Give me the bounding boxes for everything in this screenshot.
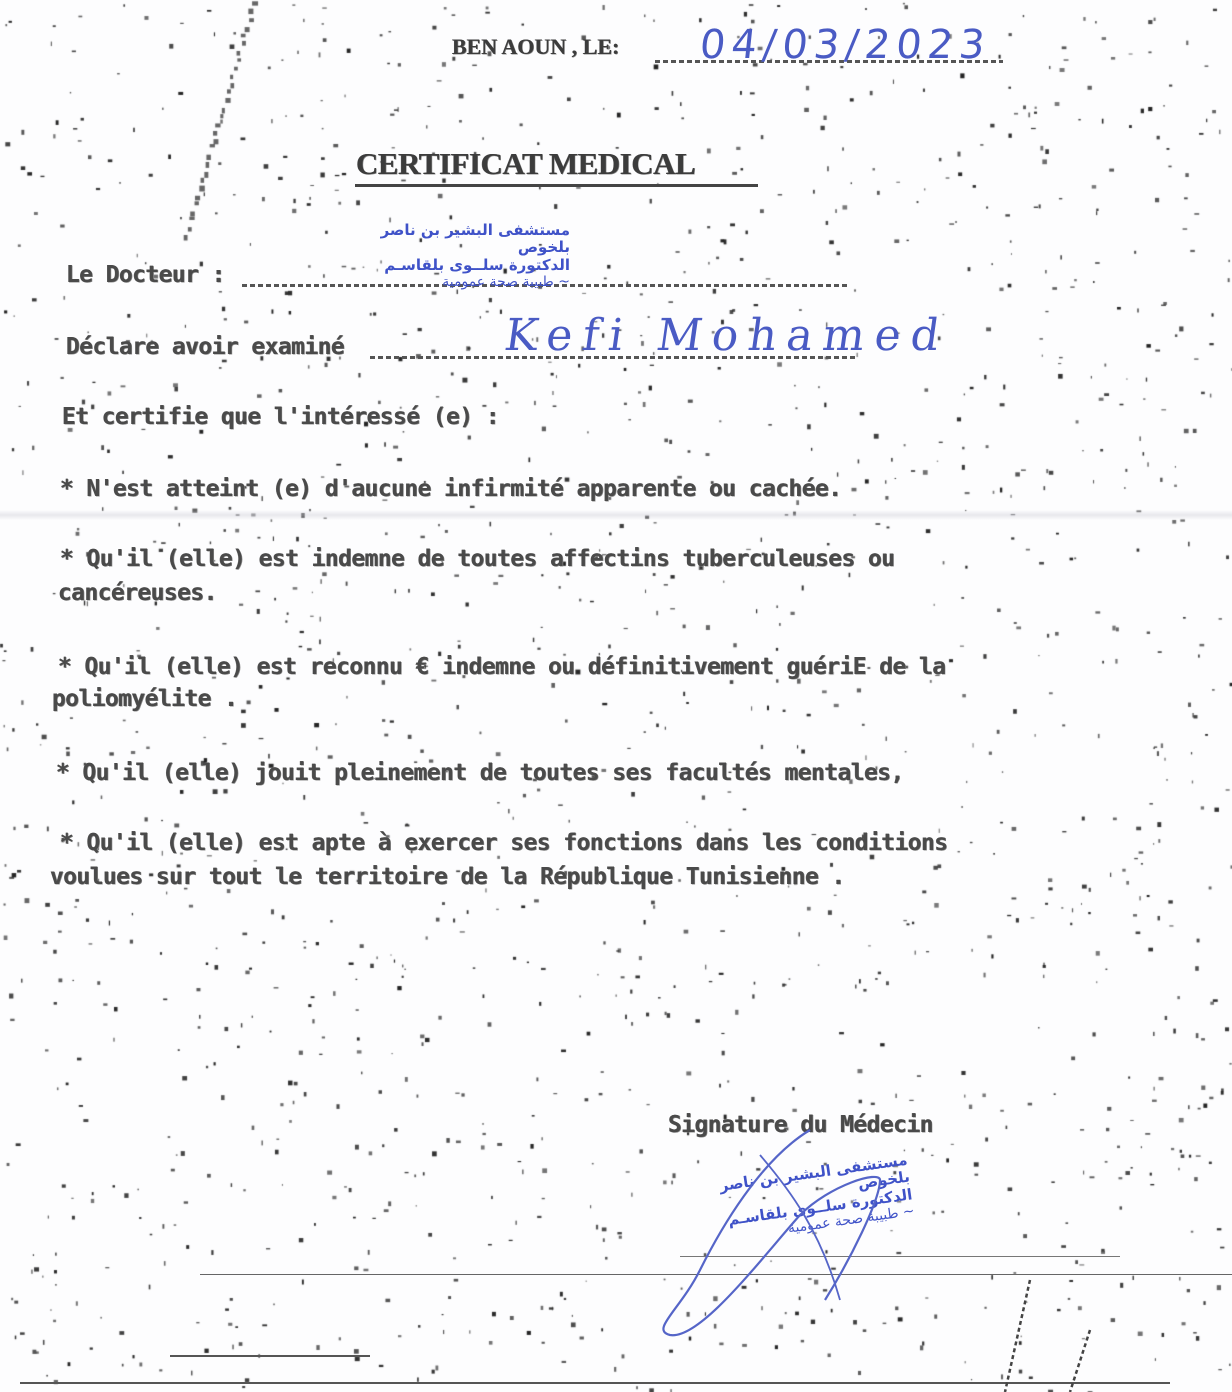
place-date-label: BEN AOUN , LE: — [452, 34, 619, 60]
paper-fold-crease — [0, 510, 1232, 520]
title-underline — [355, 184, 758, 187]
clause-5-line-1: * Qu'il (elle) est apte à exercer ses fo… — [60, 830, 948, 856]
clause-4-line-1: * Qu'il (elle) jouit pleinement de toute… — [56, 760, 904, 786]
signature-stamp: مستشفى البشير بن ناصر بلخوص الدكتورة سلـ… — [668, 1152, 915, 1253]
handwritten-date: 04/03/2023 — [698, 22, 993, 68]
stamp-hospital-name: مستشفى البشير بن ناصر بلخوص — [330, 222, 570, 257]
stamp-doctor-title: ~ طبيبة صحة عمومية — [330, 274, 570, 290]
handwritten-patient-name: Kefi Mohamed — [501, 310, 952, 361]
bottom-rule-3 — [170, 1355, 370, 1357]
clause-3-line-1: * Qu'il (elle) est reconnu € indemne ou … — [58, 654, 946, 680]
clause-3-line-2: poliomyélite . — [52, 686, 237, 712]
document-title: CERTIFICAT MEDICAL — [356, 146, 695, 182]
stamp-doctor-name: الدكتورة سلــوى بلقاسـم — [330, 257, 570, 274]
certify-intro: Et certifie que l'intéressé (e) : — [62, 404, 499, 430]
bottom-rule-4 — [20, 1382, 1170, 1384]
signature-label: Signature du Médecin — [668, 1112, 933, 1138]
clause-1-line-1: * N'est atteint (e) d'aucune infirmité a… — [60, 476, 842, 502]
bottom-rule-1 — [680, 1256, 1120, 1257]
clause-5-line-2: voulues sur tout le territoire de la Rép… — [50, 864, 845, 890]
doctor-stamp: مستشفى البشير بن ناصر بلخوص الدكتورة سلـ… — [330, 222, 570, 290]
examined-label: Déclare avoir examiné — [66, 334, 344, 360]
bottom-rule-2 — [200, 1274, 1232, 1275]
clause-2-line-1: * Qu'il (elle) est indemne de toutes aff… — [60, 546, 895, 572]
doctor-label: Le Docteur : — [66, 262, 225, 288]
clause-2-line-2: cancéreuses. — [58, 580, 217, 606]
